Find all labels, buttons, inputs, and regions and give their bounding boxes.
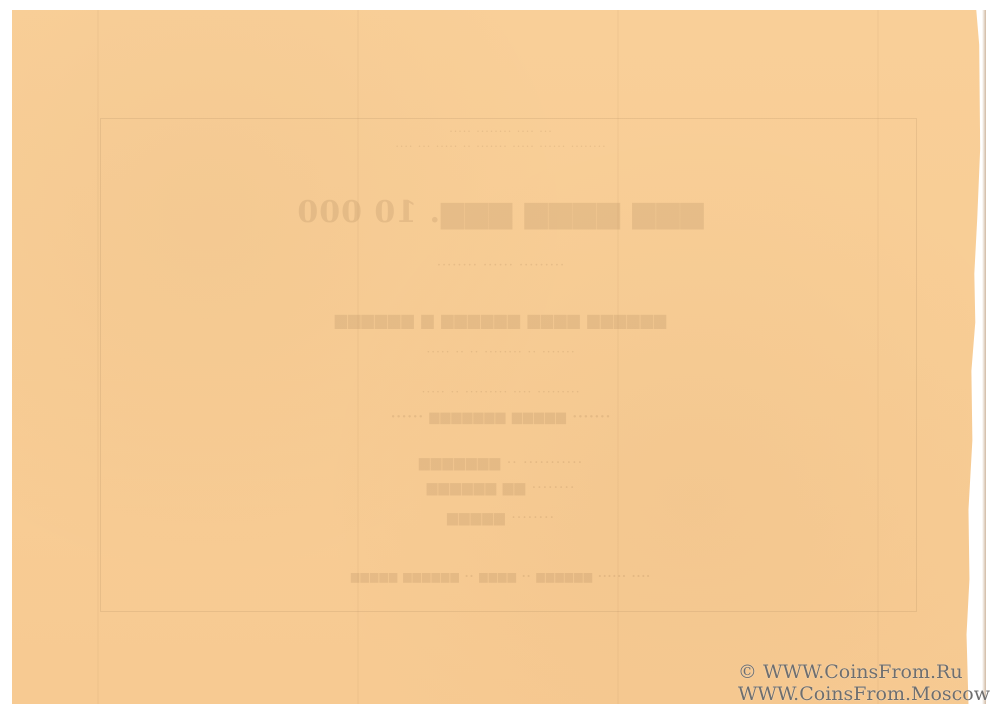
show-through-line: ······· ▆▆▆▆▆ ▆▆▆▆▆▆▆ ······ — [0, 410, 1000, 425]
show-through-signature: ········ ▆▆ ▆▆▆▆▆▆ — [0, 480, 1000, 496]
show-through-line: ········ ······ ····· ······· ·· ····· ·… — [0, 140, 1000, 153]
show-through-line: ··· ···· ········ ····· — [0, 125, 1000, 138]
show-through-signature: ········ ▆▆▆▆▆ — [0, 510, 1000, 526]
show-through-line: ········· ···· ········· ·· ····· — [0, 385, 1000, 399]
show-through-line: ······· ·· ········ ·· ·· ····· — [0, 345, 1000, 359]
show-through-heading: ▆▆▆ ▆▆▆▆ ▆▆▆. 10 000 — [0, 195, 1000, 230]
watermark-line-1: © WWW.CoinsFrom.Ru — [738, 661, 990, 683]
show-through-line: ········· ······ ········ — [0, 258, 1000, 273]
show-through-line: ···· ······ ▆▆▆▆▆▆ ·· ▆▆▆▆ ·· ▆▆▆▆▆▆ ▆▆▆… — [0, 570, 1000, 583]
watermark-line-2: WWW.CoinsFrom.Moscow — [738, 683, 990, 705]
watermark: © WWW.CoinsFrom.Ru WWW.CoinsFrom.Moscow — [738, 661, 990, 705]
show-through-line: ▆▆▆▆▆▆ ▆▆▆▆ ▆▆▆▆▆▆ ▆ ▆▆▆▆▆▆ — [0, 310, 1000, 329]
show-through-frame — [100, 118, 917, 612]
show-through-signature: ··········· ·· ▆▆▆▆▆▆▆ — [0, 455, 1000, 471]
